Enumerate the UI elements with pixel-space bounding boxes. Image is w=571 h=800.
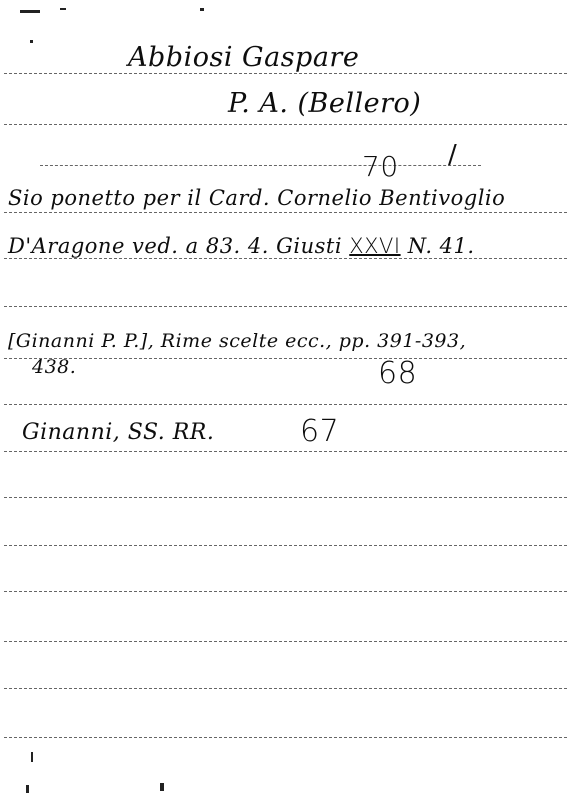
check-mark: / xyxy=(448,140,457,170)
scan-noise xyxy=(60,8,66,10)
annotation-number: 68 xyxy=(378,356,417,391)
scan-noise xyxy=(160,783,164,791)
ruled-line xyxy=(4,591,567,592)
person-name: Abbiosi Gaspare xyxy=(128,42,359,73)
ruled-line xyxy=(4,124,567,125)
annotation-number: 67 xyxy=(300,414,339,449)
ruled-line xyxy=(4,451,567,452)
person-subtitle: P. A. (Bellero) xyxy=(228,88,421,119)
scan-noise xyxy=(200,8,204,11)
entry-2-line-2: 438. xyxy=(32,356,76,378)
ruled-line xyxy=(4,688,567,689)
ruled-line xyxy=(4,306,567,307)
ruled-line xyxy=(4,641,567,642)
scan-noise xyxy=(30,40,33,43)
annotation-number: 70 xyxy=(362,150,399,183)
ruled-line xyxy=(4,358,567,359)
scan-noise xyxy=(31,752,33,762)
ruled-line xyxy=(4,73,567,74)
ruled-line xyxy=(4,258,567,259)
entry-2-line-1: [Ginanni P. P.], Rime scelte ecc., pp. 3… xyxy=(8,330,466,352)
entry-1-line-2: D'Aragone ved. a 83. 4. Giusti XXVI N. 4… xyxy=(8,234,475,258)
entry-3-text: Ginanni, SS. RR. xyxy=(22,420,214,445)
scan-noise xyxy=(20,10,40,13)
volume-roman-numeral: XXVI xyxy=(349,234,400,258)
ruled-line xyxy=(4,545,567,546)
index-card: Abbiosi Gaspare P. A. (Bellero) 70 / Sio… xyxy=(0,0,571,800)
ruled-line xyxy=(4,404,567,405)
ruled-line xyxy=(4,497,567,498)
entry-1-line-2-prefix: D'Aragone ved. a 83. 4. Giusti xyxy=(8,234,342,258)
ruled-line xyxy=(40,165,481,166)
ruled-line xyxy=(4,212,567,213)
entry-1-line-1: Sio ponetto per il Card. Cornelio Bentiv… xyxy=(8,186,505,210)
ruled-line xyxy=(4,737,567,738)
scan-noise xyxy=(26,785,29,793)
entry-1-line-2-suffix: N. 41. xyxy=(408,234,475,258)
